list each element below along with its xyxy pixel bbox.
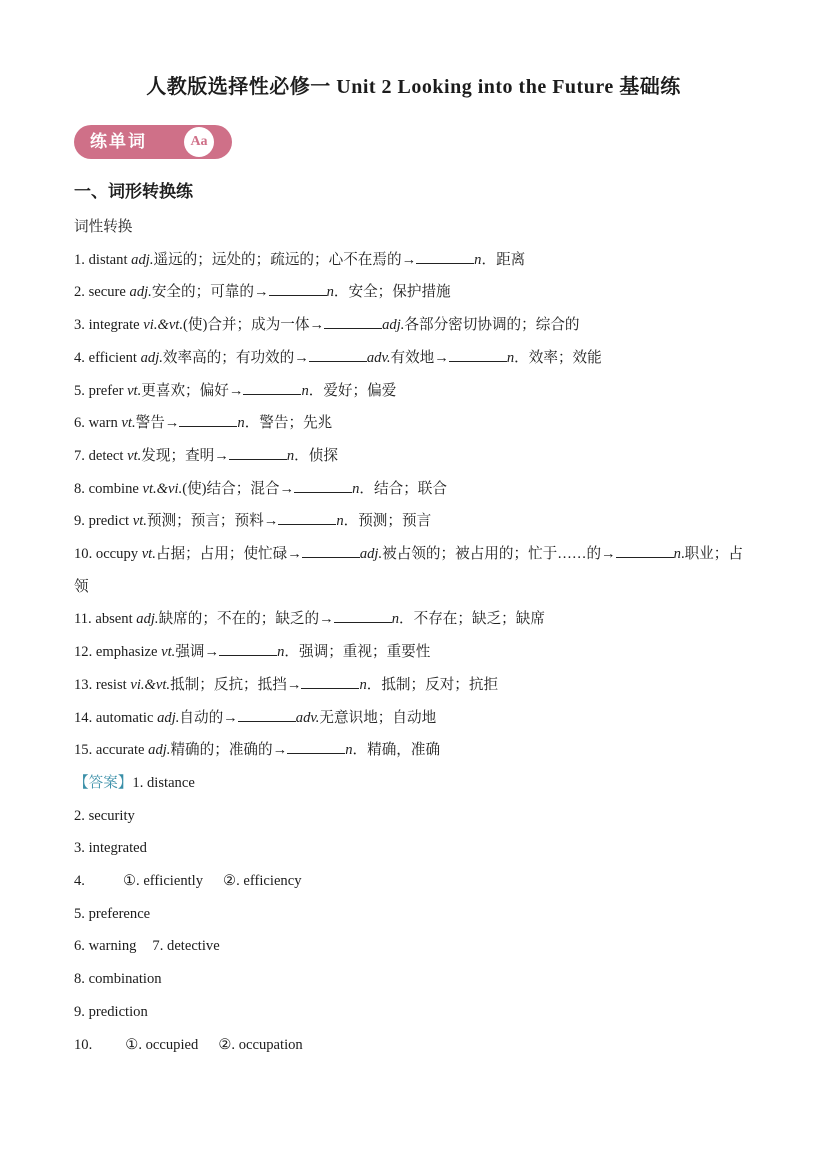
- exercise-item: 3. integrate vi.&vt.(使)合并；成为一体→adj.各部分密切…: [74, 309, 827, 342]
- exercise-item: 1. distant adj.遥远的；远处的；疏远的；心不在焉的→n．距离: [74, 244, 827, 277]
- text-segment: ．预测；预言: [344, 513, 432, 529]
- blank-line: [449, 348, 507, 362]
- text-segment: 10. occupy: [74, 546, 142, 562]
- subheading: 词性转换: [74, 211, 827, 244]
- text-segment: 5. preference: [74, 906, 150, 922]
- text-segment: 9. predict: [74, 513, 133, 529]
- pos-abbrev: vt.: [161, 644, 175, 660]
- answer-line: 2. security: [74, 800, 827, 833]
- answer-line: 5. preference: [74, 898, 827, 931]
- text-segment: 2. secure: [74, 284, 130, 300]
- exercise-item: 2. secure adj.安全的；可靠的→n．安全；保护措施: [74, 276, 827, 309]
- text-segment: ．抵制；反对；抗拒: [367, 677, 498, 693]
- text-segment: 8. combination: [74, 971, 162, 987]
- answer-line: 3. integrated: [74, 832, 827, 865]
- text-segment: 8. combine: [74, 481, 143, 497]
- text-segment: 预测；预言；预料→: [147, 513, 278, 529]
- badge-label: 练单词: [90, 125, 147, 159]
- exercise-item: 4. efficient adj.效率高的；有功效的→adv.有效地→n．效率；…: [74, 342, 827, 375]
- text-segment: 4.: [74, 873, 85, 889]
- text-segment: ．强调；重视；重要性: [284, 644, 430, 660]
- text-segment: 3. integrated: [74, 840, 147, 856]
- exercise-item: 13. resist vi.&vt.抵制；反抗；抵挡→n．抵制；反对；抗拒: [74, 669, 827, 702]
- pos-abbrev: adj.: [148, 742, 170, 758]
- pos-abbrev: adj.: [157, 710, 179, 726]
- pos-abbrev: vi.&vt.: [130, 677, 170, 693]
- pos-abbrev: vt.: [127, 448, 141, 464]
- exercise-list: 1. distant adj.遥远的；远处的；疏远的；心不在焉的→n．距离2. …: [74, 244, 827, 767]
- exercise-item: 5. prefer vt.更喜欢；偏好→n．爱好；偏爱: [74, 375, 827, 408]
- exercise-item: 8. combine vt.&vi.(使)结合；混合→n．结合；联合: [74, 473, 827, 506]
- text-segment: ．警告；先兆: [245, 415, 333, 431]
- blank-line: [219, 642, 277, 656]
- text-segment: 13. resist: [74, 677, 130, 693]
- pos-abbrev: adj.: [141, 350, 163, 366]
- text-segment: 4. efficient: [74, 350, 141, 366]
- exercise-item: 11. absent adj.缺席的；不在的；缺乏的→n．不存在；缺乏；缺席: [74, 603, 827, 636]
- text-segment: ．距离: [481, 252, 525, 268]
- text-segment: 7. detect: [74, 448, 127, 464]
- pos-abbrev: n: [359, 677, 366, 693]
- pos-abbrev: n: [327, 284, 334, 300]
- text-segment: 无意识地；自动地: [319, 710, 436, 726]
- text-segment: (使)结合；混合→: [182, 481, 294, 497]
- text-segment: 缺席的；不在的；缺乏的→: [159, 611, 334, 627]
- pos-abbrev: adj.: [131, 252, 153, 268]
- text-segment: 11. absent: [74, 611, 136, 627]
- text-segment: 强调→: [175, 644, 219, 660]
- text-segment: 2. security: [74, 808, 135, 824]
- blank-line: [179, 413, 237, 427]
- text-segment: 安全的；可靠的→: [152, 284, 269, 300]
- pos-abbrev: n: [674, 546, 681, 562]
- answer-line: 【答案】1. distance: [74, 767, 827, 800]
- blank-line: [287, 740, 345, 754]
- pos-abbrev: adj.: [382, 317, 404, 333]
- text-segment: 领: [74, 579, 89, 595]
- practice-words-badge: 练单词 Aa: [74, 125, 232, 159]
- exercise-item: 领: [74, 571, 827, 604]
- text-segment: 9. prediction: [74, 1004, 148, 1020]
- text-segment: 7. detective: [152, 938, 219, 954]
- pos-abbrev: n: [345, 742, 352, 758]
- blank-line: [278, 511, 336, 525]
- blank-line: [334, 609, 392, 623]
- blank-line: [294, 479, 352, 493]
- exercise-item: 12. emphasize vt.强调→n．强调；重视；重要性: [74, 636, 827, 669]
- exercise-item: 15. accurate adj.精确的；准确的→n．精确，准确: [74, 734, 827, 767]
- text-segment: 1. distance: [132, 775, 194, 791]
- pos-abbrev: vt.: [133, 513, 147, 529]
- text-segment: 警告→: [136, 415, 180, 431]
- text-segment: 12. emphasize: [74, 644, 161, 660]
- text-segment: 被占领的；被占用的；忙于……的→: [382, 546, 616, 562]
- blank-line: [302, 544, 360, 558]
- text-segment: 10.: [74, 1037, 92, 1053]
- exercise-item: 7. detect vt.发现；查明→n．侦探: [74, 440, 827, 473]
- text-segment: (使)合并；成为一体→: [183, 317, 324, 333]
- exercise-item: 10. occupy vt.占据；占用；使忙碌→adj.被占领的；被占用的；忙于…: [74, 538, 827, 571]
- aa-letters-icon: Aa: [184, 127, 214, 157]
- answer-line: 9. prediction: [74, 996, 827, 1029]
- text-segment: .职业；占: [681, 546, 743, 562]
- text-segment: 占据；占用；使忙碌→: [156, 546, 302, 562]
- text-segment: 抵制；反抗；抵挡→: [170, 677, 301, 693]
- text-segment: ．侦探: [294, 448, 338, 464]
- text-segment: ①. occupied: [125, 1037, 198, 1053]
- worksheet-body: 词性转换 1. distant adj.遥远的；远处的；疏远的；心不在焉的→n．…: [74, 211, 827, 1061]
- text-segment: 更喜欢；偏好→: [141, 383, 243, 399]
- text-segment: 6. warn: [74, 415, 121, 431]
- blank-line: [238, 708, 296, 722]
- blank-line: [309, 348, 367, 362]
- pos-abbrev: n: [336, 513, 343, 529]
- answer-line: 4.①. efficiently②. efficiency: [74, 865, 827, 898]
- pos-abbrev: n: [392, 611, 399, 627]
- blank-line: [616, 544, 674, 558]
- text-segment: 1. distant: [74, 252, 131, 268]
- text-segment: ．爱好；偏爱: [309, 383, 397, 399]
- blank-line: [229, 446, 287, 460]
- blank-line: [243, 381, 301, 395]
- pos-abbrev: n: [301, 383, 308, 399]
- pos-abbrev: vt.: [127, 383, 141, 399]
- worksheet-page: 人教版选择性必修一 Unit 2 Looking into the Future…: [0, 0, 827, 1169]
- text-segment: 5. prefer: [74, 383, 127, 399]
- pos-abbrev: adj.: [130, 284, 152, 300]
- text-segment: ．不存在；缺乏；缺席: [399, 611, 545, 627]
- text-segment: 有效地→: [390, 350, 448, 366]
- text-segment: ．效率；效能: [514, 350, 602, 366]
- pos-abbrev: vt.: [121, 415, 135, 431]
- blank-line: [301, 675, 359, 689]
- text-segment: 6. warning: [74, 938, 136, 954]
- section-heading: 一、词形转换练: [74, 181, 827, 203]
- exercise-item: 9. predict vt.预测；预言；预料→n．预测；预言: [74, 505, 827, 538]
- text-segment: ①. efficiently: [123, 873, 203, 889]
- page-title: 人教版选择性必修一 Unit 2 Looking into the Future…: [0, 0, 827, 99]
- answer-line: 6. warning7. detective: [74, 930, 827, 963]
- answer-line: 8. combination: [74, 963, 827, 996]
- pos-abbrev: vt.&vi.: [143, 481, 183, 497]
- text-segment: ．安全；保护措施: [334, 284, 451, 300]
- text-segment: 精确的；准确的→: [170, 742, 287, 758]
- pos-abbrev: adj.: [136, 611, 158, 627]
- text-segment: ②. occupation: [218, 1037, 302, 1053]
- text-segment: 15. accurate: [74, 742, 148, 758]
- text-segment: 效率高的；有功效的→: [163, 350, 309, 366]
- exercise-item: 6. warn vt.警告→n．警告；先兆: [74, 407, 827, 440]
- blank-line: [416, 250, 474, 264]
- pos-abbrev: adj.: [360, 546, 382, 562]
- text-segment: ②. efficiency: [223, 873, 301, 889]
- exercise-item: 14. automatic adj.自动的→adv.无意识地；自动地: [74, 702, 827, 735]
- pos-abbrev: vt.: [142, 546, 156, 562]
- text-segment: ．结合；联合: [359, 481, 447, 497]
- answer-line: 10.①. occupied②. occupation: [74, 1029, 827, 1062]
- text-segment: 自动的→: [179, 710, 237, 726]
- text-segment: 3. integrate: [74, 317, 143, 333]
- text-segment: 发现；查明→: [141, 448, 229, 464]
- blank-line: [269, 282, 327, 296]
- blank-line: [324, 315, 382, 329]
- answer-label: 【答案】: [74, 775, 132, 791]
- subheading-text: 词性转换: [74, 219, 132, 235]
- answers-section: 【答案】1. distance2. security3. integrated4…: [74, 767, 827, 1061]
- pos-abbrev: n: [237, 415, 244, 431]
- text-segment: ．精确，准确: [353, 742, 441, 758]
- pos-abbrev: adv.: [367, 350, 391, 366]
- text-segment: 遥远的；远处的；疏远的；心不在焉的→: [153, 252, 416, 268]
- pos-abbrev: adv.: [296, 710, 320, 726]
- pos-abbrev: vi.&vt.: [143, 317, 183, 333]
- text-segment: 14. automatic: [74, 710, 157, 726]
- text-segment: 各部分密切协调的；综合的: [404, 317, 579, 333]
